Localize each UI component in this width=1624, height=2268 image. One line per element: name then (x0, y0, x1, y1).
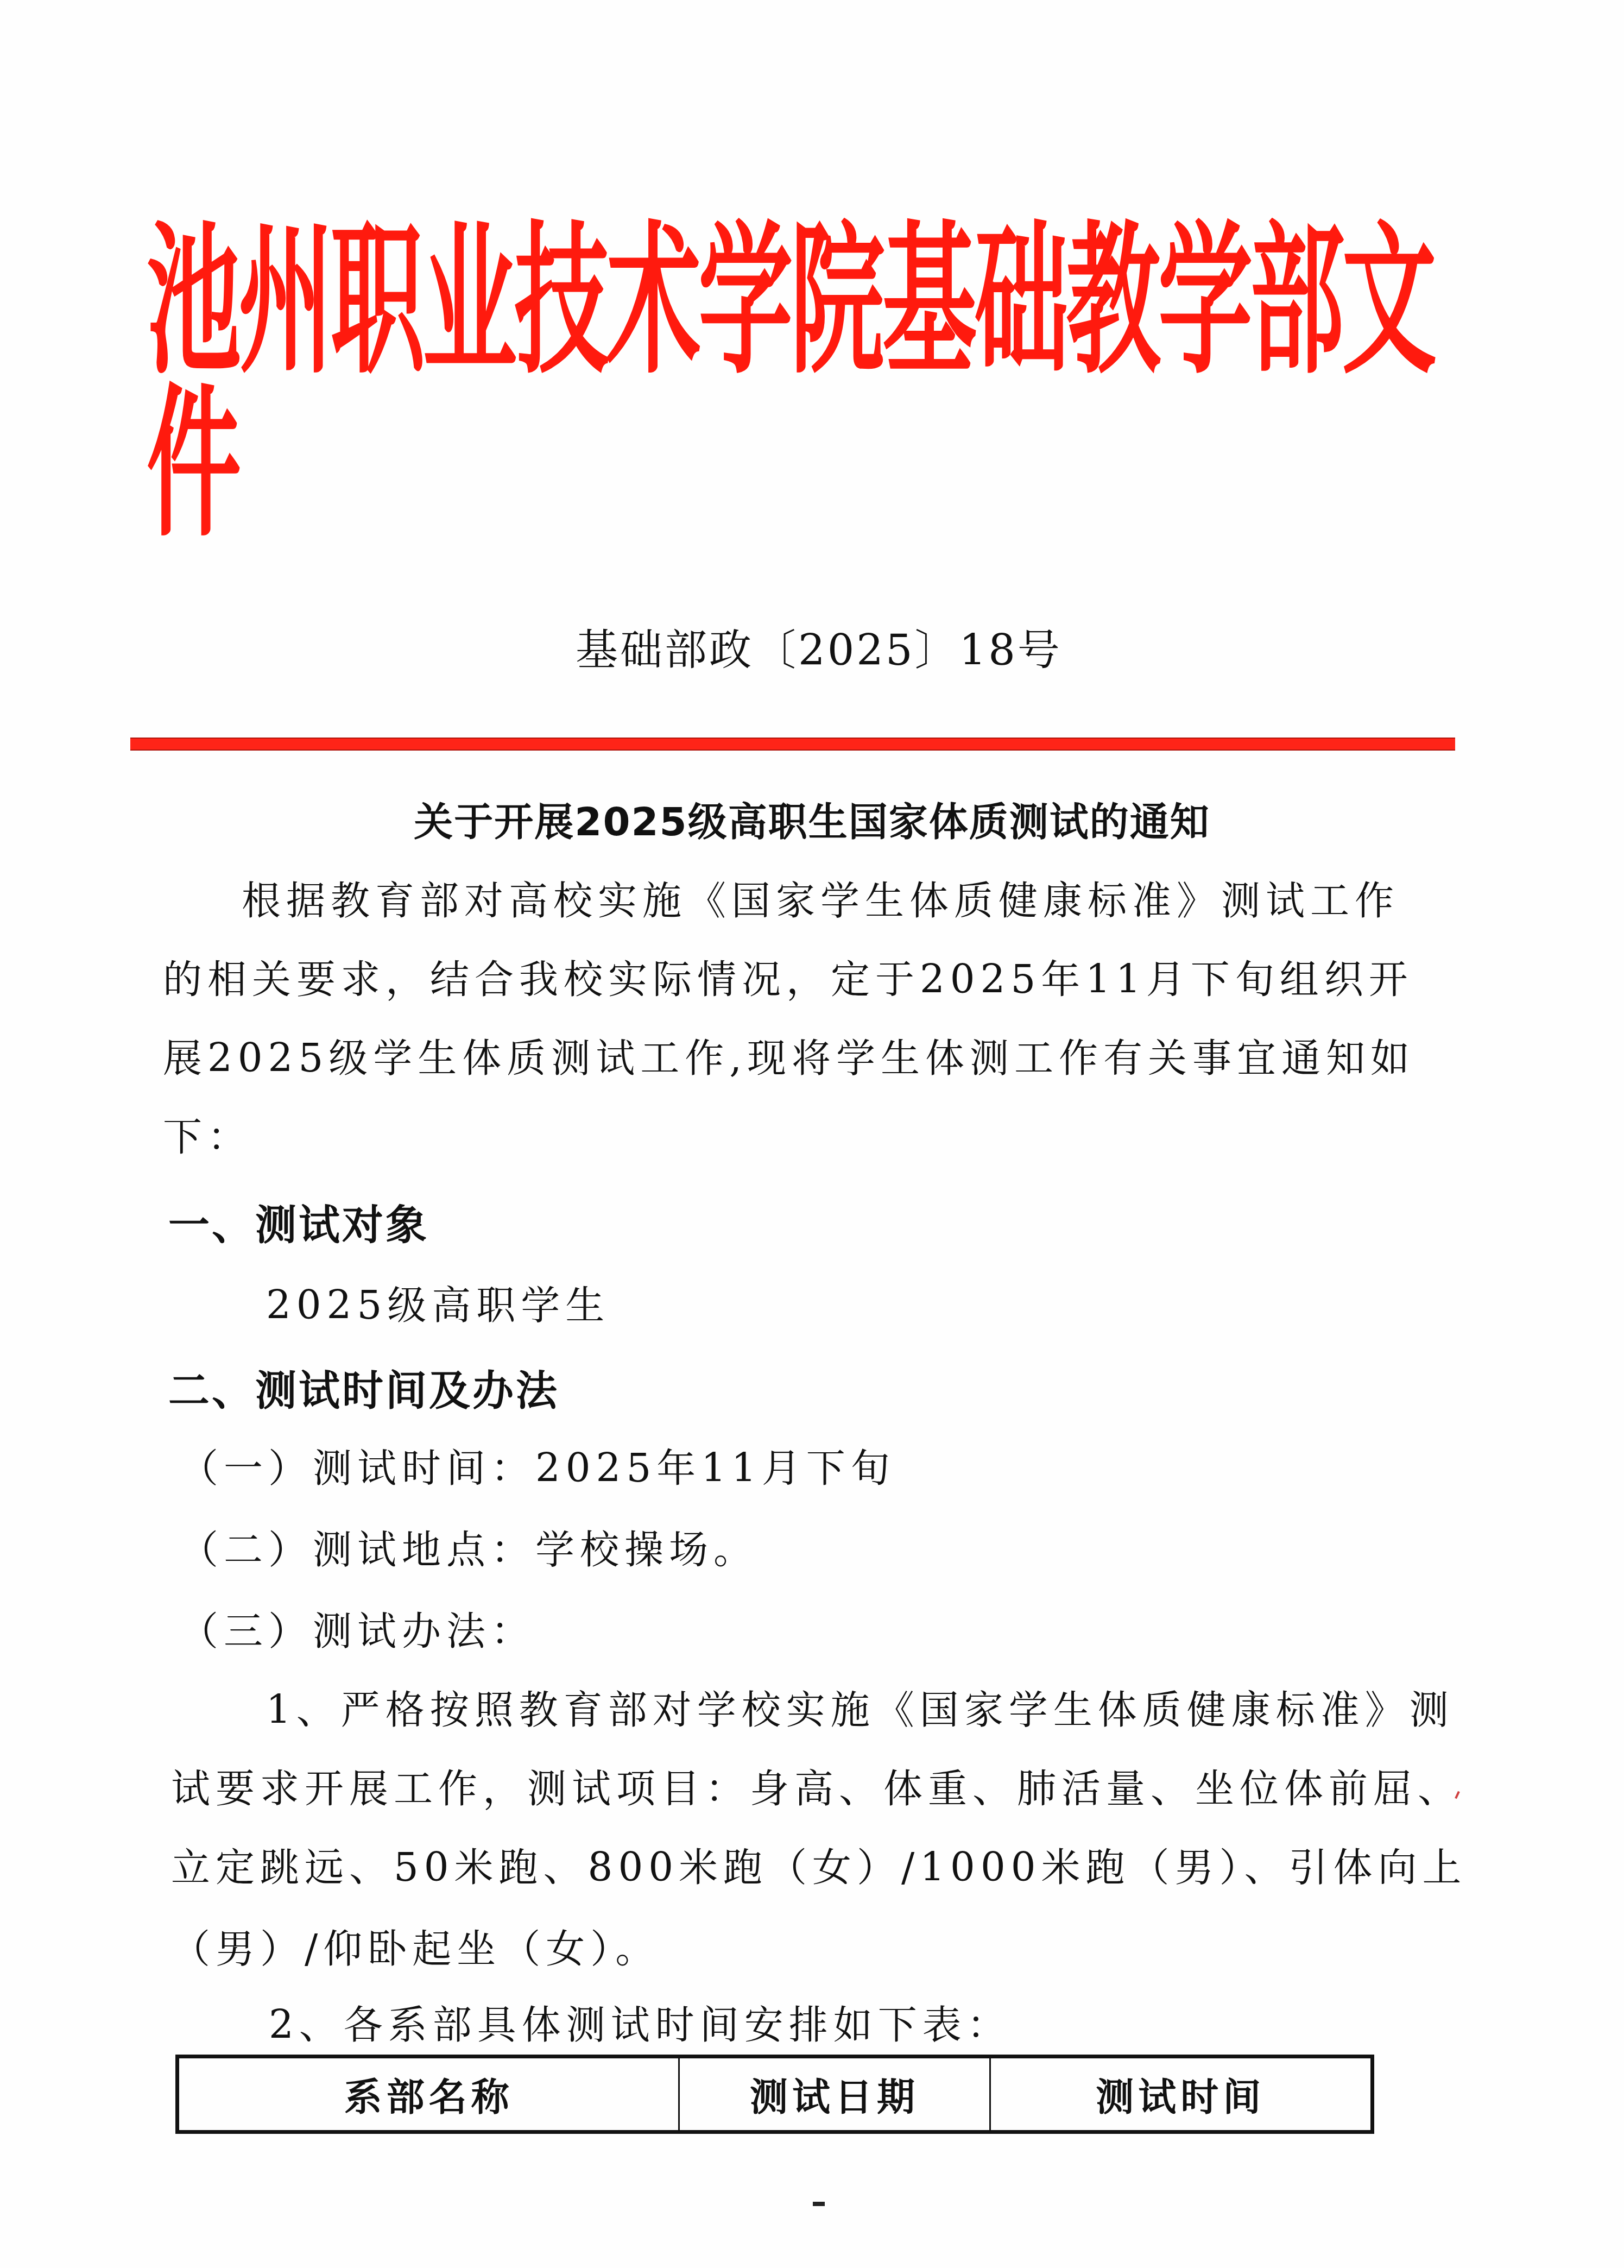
document-number: 基础部政〔2025〕18号 (576, 616, 1062, 677)
header-test-date: 测试日期 (679, 2057, 990, 2132)
section-1-heading: 一、测试对象 (168, 1192, 429, 1251)
document-page: 池州职业技术学院基础教学部文件 基础部政〔2025〕18号 关于开展2025级高… (0, 0, 1624, 2268)
schedule-table: 系部名称 测试日期 测试时间 (175, 2055, 1374, 2134)
test-time-item: （一）测试时间：2025年11月下旬 (179, 1437, 895, 1493)
method-1-line-4: （男）/仰卧起坐（女）。 (171, 1917, 660, 1974)
test-method-item: （三）测试办法： (179, 1599, 535, 1656)
page-number-mark (813, 2202, 825, 2206)
header-department: 系部名称 (178, 2057, 679, 2132)
section-2-heading: 二、测试时间及办法 (168, 1358, 559, 1417)
table-header-row: 系部名称 测试日期 测试时间 (178, 2057, 1373, 2132)
intro-line-3: 展2025级学生体质测试工作,现将学生体测工作有关事宜通知如 (163, 1026, 1415, 1083)
intro-line-1: 根据教育部对高校实施《国家学生体质健康标准》测试工作 (242, 869, 1399, 925)
red-divider (130, 738, 1455, 751)
method-2-line: 2、各系部具体测试时间安排如下表： (269, 1993, 1012, 2050)
intro-line-2: 的相关要求，结合我校实际情况，定于2025年11月下旬组织开 (163, 948, 1413, 1004)
method-1-line-3: 立定跳远、50米跑、800米跑（女）/1000米跑（男）、引体向上 (171, 1836, 1467, 1892)
masthead-title: 池州职业技术学院基础教学部文件 (147, 255, 1482, 511)
method-1-line-1: 1、严格按照教育部对学校实施《国家学生体质健康标准》测 (266, 1678, 1454, 1735)
section-1-content: 2025级高职学生 (266, 1274, 610, 1330)
notice-title: 关于开展2025级高职生国家体质测试的通知 (0, 790, 1624, 847)
header-test-time: 测试时间 (990, 2057, 1372, 2132)
test-location-item: （二）测试地点：学校操场。 (179, 1518, 758, 1574)
method-1-line-2: 试要求开展工作，测试项目：身高、体重、肺活量、坐位体前屈、 (171, 1757, 1462, 1813)
intro-line-4: 下： (163, 1105, 252, 1162)
